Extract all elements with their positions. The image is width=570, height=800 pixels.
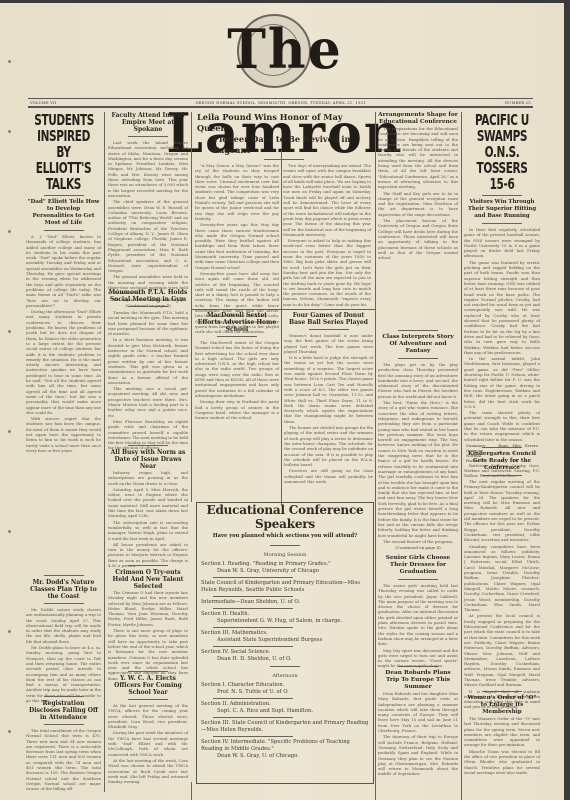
headline: Arrangements Shape for Educational Confe… bbox=[378, 112, 458, 126]
headline: Women's Order of "O" to Enlarge its Memb… bbox=[464, 695, 540, 716]
masthead: The Lamron bbox=[100, 12, 470, 92]
headline: Class Interprets Story Of Adventure and … bbox=[378, 334, 458, 355]
article-dean-robards: Dean Robards Plans Trip To Europe This S… bbox=[378, 663, 458, 778]
session-speaker: Dean W. S. Gray, University of Chicago bbox=[201, 568, 369, 575]
paragraph: The placement bureau of the University o… bbox=[378, 218, 458, 260]
paragraph: The team showed plenty of potential stre… bbox=[464, 410, 540, 442]
session-title: Intermediate—Dean Sheldon, U. of O. bbox=[201, 599, 300, 605]
paragraph: Industry reigns high, and subscriptions … bbox=[108, 470, 188, 486]
conference-speakers-box: Educational Conference Speakers Have you… bbox=[196, 502, 374, 784]
article-dodd: Mr. Dodd's Nature Classes Plan Trip to t… bbox=[26, 572, 101, 704]
continued-note[interactable]: (Continued on page 4) bbox=[378, 545, 458, 550]
paragraph: The plays put on by the play production … bbox=[378, 362, 458, 399]
newspaper-page: The Lamron VOLUME VII OREGON NORMAL SCHO… bbox=[0, 0, 570, 800]
article-body: The MacDowell sextet of the Oregon Norma… bbox=[195, 340, 279, 420]
article-body: The total enrollment of the Oregon Norma… bbox=[26, 728, 101, 792]
headline: All Busy with Norm as Date of Issue Draw… bbox=[108, 449, 188, 470]
headline: Registration Discloses Falling Off in At… bbox=[26, 700, 101, 721]
paragraph: Standing committees have been announced … bbox=[464, 544, 540, 613]
dateline: VOLUME VII OREGON NORMAL SCHOOL, MONMOUT… bbox=[28, 98, 533, 108]
article-body: Last week the Inland Empire Educational … bbox=[108, 140, 188, 302]
session-title: Section III. Mathematics. bbox=[201, 630, 268, 636]
headline: Faculty Attend Inland Empire Meet at Spo… bbox=[108, 112, 188, 133]
paragraph: Blanche Timm was elected to fill the off… bbox=[464, 749, 540, 775]
paragraph: A. J. "Dad" Elliott, known to thousands … bbox=[26, 234, 101, 308]
session-title: Section II. Health. bbox=[201, 611, 249, 617]
morning-session-label: Morning Session bbox=[197, 552, 373, 558]
paragraph: Dean Robards and her daughter Miss Mary … bbox=[378, 691, 458, 733]
deck: "Dad" Elliott Tells How to Develop Perso… bbox=[26, 199, 101, 227]
article-body: The Women's Order of the "O" met last Th… bbox=[464, 716, 540, 775]
paragraph: The chief speakers of the general assemb… bbox=[108, 199, 188, 273]
session-item: Section II. Health.Superintendent G. W. … bbox=[197, 611, 373, 625]
session-title: Section IV. Intermediate. "Specific Prob… bbox=[201, 739, 350, 752]
paragraph: Saturday, April 5, Miss Merrick, the edi… bbox=[108, 487, 188, 519]
headline: Monmouth P.T.A. Holds Social Meeting in … bbox=[108, 289, 188, 303]
paragraph: The Women's Order of the "O" met last Th… bbox=[464, 716, 540, 748]
session-speaker: Assistant State Superintendent Burgess bbox=[201, 637, 369, 644]
paragraph: The total enrollment of the Oregon Norma… bbox=[26, 728, 101, 792]
headline: Dean Robards Plans Trip To Europe This S… bbox=[378, 670, 458, 691]
paragraph: Women's donut baseball is now under way,… bbox=[284, 333, 373, 354]
paragraph: The Staff and Key girls are to be in cha… bbox=[378, 191, 458, 217]
session-item: Intermediate—Dean Sheldon, U. of O. bbox=[197, 599, 373, 606]
article-kindergarten: Kindergarten Council Gets Ready for the … bbox=[464, 444, 540, 711]
morning-sessions: Section I. Reading. "Reading in Primary … bbox=[197, 561, 373, 663]
paragraph: Practices are still going on for class v… bbox=[284, 468, 373, 484]
article-body: Women's donut baseball is now under way,… bbox=[284, 333, 373, 484]
article-arrangements: Arrangements Shape for Educational Confe… bbox=[378, 112, 458, 261]
paragraph: At the last meeting of the week, Cora Wo… bbox=[108, 758, 188, 784]
article-ywca: Y. W. C. A. Elects Officers For Coming S… bbox=[108, 668, 188, 785]
article-body: Industry reigns high, and subscriptions … bbox=[108, 470, 188, 568]
paragraph: "A May Queen, a May Queen!" was the cry … bbox=[195, 163, 279, 221]
paragraph: The second feature of the program, bbox=[378, 539, 458, 544]
article-body: The senior girls' meeting held last Thur… bbox=[378, 583, 458, 669]
article-body: Tuesday the Monmouth P.T.A. held a socia… bbox=[108, 310, 188, 451]
article-pacific-baseball: PACIFIC U SWAMPS O.N.S. TOSSERS 15-6 Vis… bbox=[464, 112, 540, 480]
session-title: Section I. Character Education. bbox=[201, 682, 284, 688]
paragraph: During the past week the members of the … bbox=[108, 730, 188, 756]
session-title: Section III. State Council of Kindergart… bbox=[201, 720, 368, 733]
paragraph: Tuesday the Monmouth P.T.A. held a socia… bbox=[108, 310, 188, 336]
box-subtitle: Have you planned which sections you will… bbox=[197, 533, 373, 539]
paragraph: In their first regularly scheduled game … bbox=[464, 227, 540, 259]
headline: MacDowell Sextet Efforts Advertise Home … bbox=[195, 312, 279, 333]
paragraph: The next regular meeting of the Primary-… bbox=[464, 479, 540, 543]
article-body: In their first regularly scheduled game … bbox=[464, 227, 540, 442]
article-crimson: Crimson O Try-outs Held And New Talent S… bbox=[108, 562, 188, 682]
paragraph: At the last general meeting of the YWCA,… bbox=[108, 703, 188, 729]
issue-number: NUMBER 25 bbox=[505, 101, 531, 105]
session-item: Section IV. Social Science.Dean H. D. Sh… bbox=[197, 649, 373, 663]
issue-date: OREGON NORMAL SCHOOL, MONMOUTH, OREGON, … bbox=[196, 101, 366, 105]
article-pta: Monmouth P.T.A. Holds Social Meeting in … bbox=[108, 289, 188, 452]
paragraph: The preparations for the Educational Con… bbox=[378, 126, 458, 190]
session-title: Section I. Reading. "Reading in Primary … bbox=[201, 561, 331, 567]
box-title: Educational Conference Speakers bbox=[197, 503, 373, 531]
session-speaker: Prof. N. S. Tuttle of U. of O. bbox=[201, 689, 369, 696]
session-item: State Council of Kindergarten and Primar… bbox=[197, 580, 373, 594]
paragraph: Mr. Dodds' nature study classes are enth… bbox=[26, 607, 101, 644]
headline: STUDENTS INSPIRED BY ELLIOTT'S TALKS bbox=[34, 112, 93, 192]
article-body: The plays put on by the play production … bbox=[378, 362, 458, 544]
paragraph: This meeting was a social get-acquainted… bbox=[108, 386, 188, 418]
paragraph: The Crimson O had their tryouts last Mon… bbox=[108, 590, 188, 627]
afternoon-session-label: Afternoon bbox=[197, 673, 373, 679]
article-body: At the last general meeting of the YWCA,… bbox=[108, 703, 188, 784]
session-speaker: Supt. C. A. Rice and Supt. Hamilton. bbox=[201, 708, 369, 715]
article-elliott: STUDENTS INSPIRED BY ELLIOTT'S TALKS "Da… bbox=[26, 112, 101, 454]
article-body: The next regular meeting of the Primary-… bbox=[464, 479, 540, 710]
deck: Visitors Win Through Their Superior Hitt… bbox=[464, 199, 540, 220]
volume-label: VOLUME VII bbox=[30, 101, 57, 105]
article-may-queen: Leila Pound Wins Honor of May Queen Pion… bbox=[195, 112, 373, 336]
article-senior-girls: Senior Girls Choose Their Dresses for Gr… bbox=[378, 555, 458, 670]
headline-line1: Leila Pound Wins Honor of May Queen bbox=[195, 112, 373, 134]
headline: Senior Girls Choose Their Dresses for Gr… bbox=[378, 555, 458, 576]
scan-border-right bbox=[564, 0, 570, 800]
headline: Y. W. C. A. Elects Officers For Coming S… bbox=[108, 675, 188, 696]
headline: Kindergarten Council Gets Ready for the … bbox=[464, 451, 540, 472]
headline: Mr. Dodd's Nature Classes Plan Trip to t… bbox=[26, 579, 101, 600]
session-item: Section III. State Council of Kindergart… bbox=[197, 720, 373, 734]
paragraph: It is a little hard to judge the strengt… bbox=[284, 355, 373, 424]
session-item: Section IV. Intermediate. "Specific Prob… bbox=[197, 739, 373, 760]
paragraph: The game was featured by erratic pitchin… bbox=[464, 260, 540, 355]
paragraph: At present the local council is busily e… bbox=[464, 613, 540, 687]
headline-line2: Pioneer Days to Be Revived in Pageant bbox=[195, 134, 373, 156]
session-item: Section III. Mathematics.Assistant State… bbox=[197, 630, 373, 644]
paragraph: Seventy-five years ago this May day ther… bbox=[195, 222, 279, 270]
paragraph: The houses are divided into groups for t… bbox=[284, 425, 373, 467]
headline: Four Games of Donut Base Ball Series Pla… bbox=[284, 312, 373, 326]
session-item: Section II. Administration.Supt. C. A. R… bbox=[197, 701, 373, 715]
paragraph: With sincere regret that the students sa… bbox=[26, 416, 101, 453]
afternoon-sessions: Section I. Character Education.Prof. N. … bbox=[197, 682, 373, 760]
paragraph: The subscription sale is succeeding wond… bbox=[108, 520, 188, 541]
article-norm: All Busy with Norm as Date of Issue Draw… bbox=[108, 442, 188, 569]
article-body: The preparations for the Educational Con… bbox=[378, 126, 458, 260]
paragraph: The itinerary of their trip to Europe wi… bbox=[378, 734, 458, 776]
article-registration: Registration Discloses Falling Off in At… bbox=[26, 693, 101, 793]
article-womens-order: Women's Order of "O" to Enlarge its Memb… bbox=[464, 688, 540, 776]
article-class-interprets: Class Interprets Story Of Adventure and … bbox=[378, 327, 458, 552]
article-faculty: Faculty Attend Inland Empire Meet at Spo… bbox=[108, 112, 188, 310]
scan-border-top bbox=[0, 0, 570, 3]
session-title: Section IV. Social Science. bbox=[201, 649, 270, 655]
paragraph: In the normal infield, John Stedtlomann,… bbox=[464, 356, 540, 409]
article-macdowell: MacDowell Sextet Efforts Advertise Home … bbox=[195, 312, 279, 421]
paragraph: During the afternoons "Dad" Elliott met … bbox=[26, 309, 101, 415]
session-title: State Council of Kindergarten and Primar… bbox=[201, 580, 360, 593]
article-body: Mr. Dodds' nature study classes are enth… bbox=[26, 607, 101, 703]
article-body: A. J. "Dad" Elliott, known to thousands … bbox=[26, 234, 101, 453]
session-speaker: Dean H. D. Sheldon, U. of O. bbox=[201, 656, 369, 663]
headline: Crimson O Try-outs Held And New Talent S… bbox=[108, 569, 188, 590]
paragraph: The MacDowell sextet of the Oregon Norma… bbox=[195, 340, 279, 398]
session-item: Section I. Character Education.Prof. N. … bbox=[197, 682, 373, 696]
binding-holes bbox=[8, 0, 12, 800]
article-donut-baseball: Four Games of Donut Base Ball Series Pla… bbox=[284, 312, 373, 485]
paragraph: During their stay in Portland the party … bbox=[195, 399, 279, 420]
session-speaker: Dean W. S. Gray, U. of Chicago. bbox=[201, 753, 369, 760]
paragraph: Two days of merrymaking are ahead. The e… bbox=[283, 163, 371, 237]
paragraph: Last week the Inland Empire Educational … bbox=[108, 140, 188, 198]
paragraph: Everyone is asked to help in making this… bbox=[283, 238, 371, 307]
session-title: Section II. Administration. bbox=[201, 701, 271, 707]
paragraph: In a short business meeting, it was deci… bbox=[108, 337, 188, 385]
paragraph: The first, "Enter the Hero," is the stor… bbox=[378, 400, 458, 538]
session-item: Section I. Reading. "Reading in Primary … bbox=[197, 561, 373, 575]
session-speaker: Superintendent G. W. Hug, of Salem, in c… bbox=[201, 618, 369, 625]
headline: PACIFIC U SWAMPS O.N.S. TOSSERS 15-6 bbox=[472, 112, 531, 192]
paragraph: The senior girls' meeting held last Thur… bbox=[378, 583, 458, 647]
article-body: Dean Robards and her daughter Miss Mary … bbox=[378, 691, 458, 777]
